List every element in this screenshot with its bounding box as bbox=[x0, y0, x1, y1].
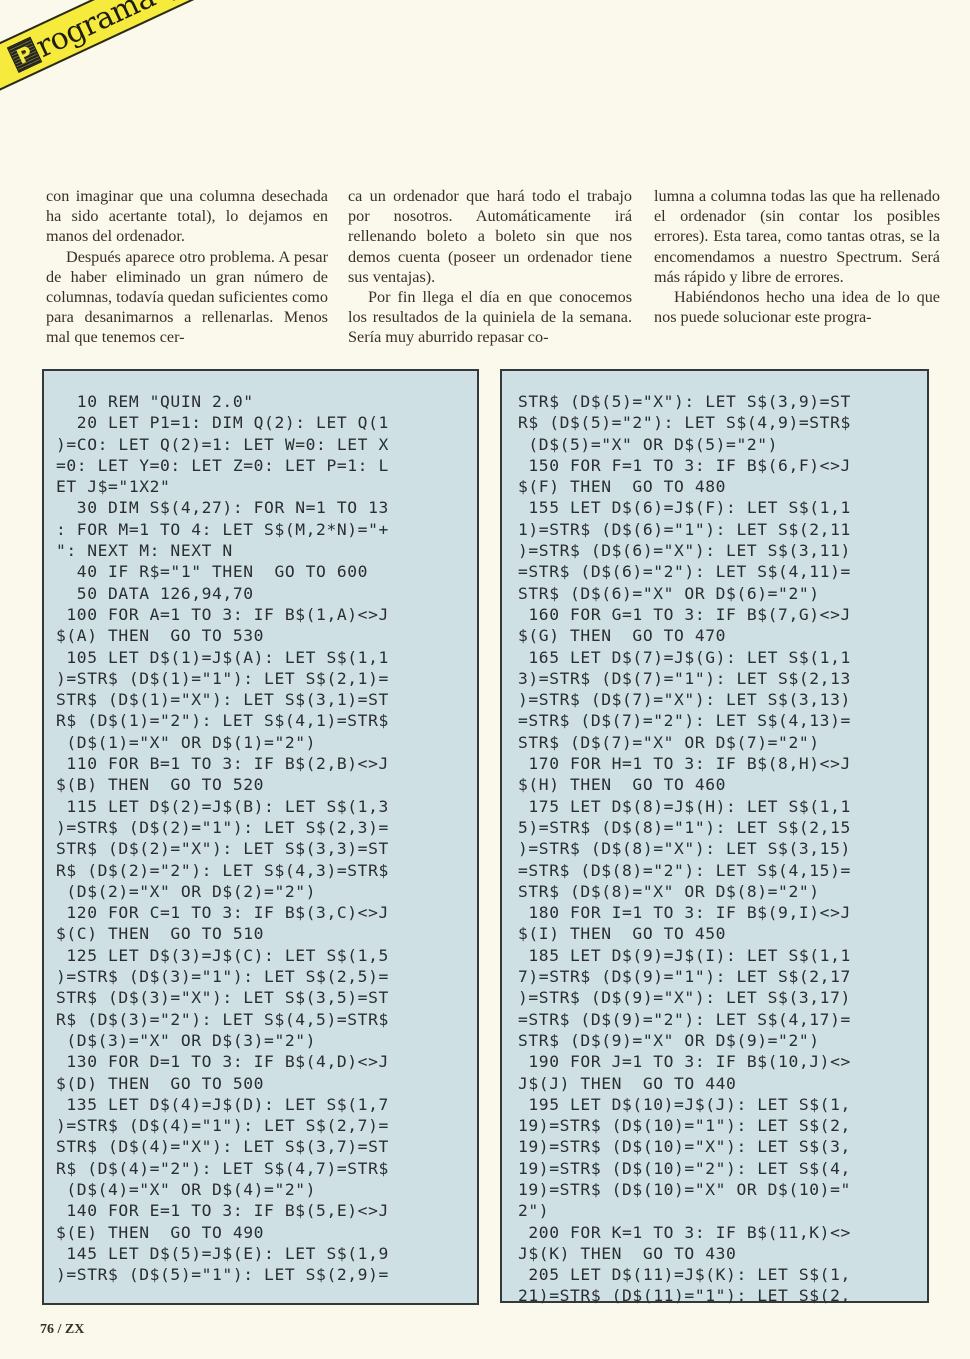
paragraph: lumna a columna todas las que ha rellena… bbox=[654, 186, 940, 287]
code-line: STR$ (D$(8)="X" OR D$(8)="2") bbox=[518, 881, 913, 902]
code-line: STR$ (D$(3)="X"): LET S$(3,5)=ST bbox=[56, 987, 463, 1008]
code-line: $(I) THEN GO TO 450 bbox=[518, 923, 913, 944]
code-line: 165 LET D$(7)=J$(G): LET S$(1,1 bbox=[518, 647, 913, 668]
code-line: (D$(4)="X" OR D$(4)="2") bbox=[56, 1179, 463, 1200]
code-line: (D$(3)="X" OR D$(3)="2") bbox=[56, 1030, 463, 1051]
code-line: STR$ (D$(1)="X"): LET S$(3,1)=ST bbox=[56, 689, 463, 710]
code-line: =0: LET Y=0: LET Z=0: LET P=1: L bbox=[56, 455, 463, 476]
code-line: STR$ (D$(6)="X" OR D$(6)="2") bbox=[518, 583, 913, 604]
code-line: 160 FOR G=1 TO 3: IF B$(7,G)<>J bbox=[518, 604, 913, 625]
code-line: J$(K) THEN GO TO 430 bbox=[518, 1243, 913, 1264]
code-line: 140 FOR E=1 TO 3: IF B$(5,E)<>J bbox=[56, 1200, 463, 1221]
code-line: $(E) THEN GO TO 490 bbox=[56, 1222, 463, 1243]
code-line: )=STR$ (D$(4)="1"): LET S$(2,7)= bbox=[56, 1115, 463, 1136]
code-line: 40 IF R$="1" THEN GO TO 600 bbox=[56, 561, 463, 582]
code-line: STR$ (D$(4)="X"): LET S$(3,7)=ST bbox=[56, 1136, 463, 1157]
code-line: 5)=STR$ (D$(8)="1"): LET S$(2,15 bbox=[518, 817, 913, 838]
article-column-2: ca un ordenador que hará todo el trabajo… bbox=[348, 186, 632, 348]
code-line: $(G) THEN GO TO 470 bbox=[518, 625, 913, 646]
code-line: 155 LET D$(6)=J$(F): LET S$(1,1 bbox=[518, 497, 913, 518]
code-line: 2") bbox=[518, 1200, 913, 1221]
code-line: 19)=STR$ (D$(10)="2"): LET S$(4, bbox=[518, 1158, 913, 1179]
code-line: )=STR$ (D$(6)="X"): LET S$(3,11) bbox=[518, 540, 913, 561]
code-line: 120 FOR C=1 TO 3: IF B$(3,C)<>J bbox=[56, 902, 463, 923]
code-line: ": NEXT M: NEXT N bbox=[56, 540, 463, 561]
code-line: R$ (D$(3)="2"): LET S$(4,5)=STR$ bbox=[56, 1009, 463, 1030]
code-line: =STR$ (D$(9)="2"): LET S$(4,17)= bbox=[518, 1009, 913, 1030]
code-line: )=STR$ (D$(7)="X"): LET S$(3,13) bbox=[518, 689, 913, 710]
code-line: 145 LET D$(5)=J$(E): LET S$(1,9 bbox=[56, 1243, 463, 1264]
code-line: $(C) THEN GO TO 510 bbox=[56, 923, 463, 944]
code-line: $(D) THEN GO TO 500 bbox=[56, 1073, 463, 1094]
code-line: R$ (D$(4)="2"): LET S$(4,7)=STR$ bbox=[56, 1158, 463, 1179]
article-column-3: lumna a columna todas las que ha rellena… bbox=[654, 186, 940, 327]
code-line: )=STR$ (D$(8)="X"): LET S$(3,15) bbox=[518, 838, 913, 859]
code-line: 30 DIM S$(4,27): FOR N=1 TO 13 bbox=[56, 497, 463, 518]
paragraph: con imaginar que una columna desechada h… bbox=[46, 186, 328, 247]
code-line: 115 LET D$(2)=J$(B): LET S$(1,3 bbox=[56, 796, 463, 817]
code-line: 125 LET D$(3)=J$(C): LET S$(1,5 bbox=[56, 945, 463, 966]
code-line: 185 LET D$(9)=J$(I): LET S$(1,1 bbox=[518, 945, 913, 966]
code-line: (D$(5)="X" OR D$(5)="2") bbox=[518, 434, 913, 455]
code-line: : FOR M=1 TO 4: LET S$(M,2*N)="+ bbox=[56, 519, 463, 540]
paragraph: Después aparece otro problema. A pesar d… bbox=[46, 247, 328, 348]
code-line: 7)=STR$ (D$(9)="1"): LET S$(2,17 bbox=[518, 966, 913, 987]
code-line: 205 LET D$(11)=J$(K): LET S$(1, bbox=[518, 1264, 913, 1285]
banner-word-programa: P rograma bbox=[5, 0, 160, 76]
code-line: 130 FOR D=1 TO 3: IF B$(4,D)<>J bbox=[56, 1051, 463, 1072]
code-line: 170 FOR H=1 TO 3: IF B$(8,H)<>J bbox=[518, 753, 913, 774]
code-line: 3)=STR$ (D$(7)="1"): LET S$(2,13 bbox=[518, 668, 913, 689]
article-column-1: con imaginar que una columna desechada h… bbox=[46, 186, 328, 348]
code-line: 20 LET P1=1: DIM Q(2): LET Q(1 bbox=[56, 412, 463, 433]
code-line: $(B) THEN GO TO 520 bbox=[56, 774, 463, 795]
code-line: 100 FOR A=1 TO 3: IF B$(1,A)<>J bbox=[56, 604, 463, 625]
code-line: STR$ (D$(9)="X" OR D$(9)="2") bbox=[518, 1030, 913, 1051]
paragraph: Habiéndonos hecho una idea de lo que nos… bbox=[654, 287, 940, 327]
code-line: R$ (D$(5)="2"): LET S$(4,9)=STR$ bbox=[518, 412, 913, 433]
section-banner: P rograma E special bbox=[0, 0, 430, 110]
paragraph: ca un ordenador que hará todo el trabajo… bbox=[348, 186, 632, 287]
page-number: 76 / ZX bbox=[40, 1322, 84, 1338]
code-line: STR$ (D$(2)="X"): LET S$(3,3)=ST bbox=[56, 838, 463, 859]
code-line: (D$(2)="X" OR D$(2)="2") bbox=[56, 881, 463, 902]
code-line: 195 LET D$(10)=J$(J): LET S$(1, bbox=[518, 1094, 913, 1115]
code-line: )=STR$ (D$(5)="1"): LET S$(2,9)= bbox=[56, 1264, 463, 1285]
code-line: )=STR$ (D$(1)="1"): LET S$(2,1)= bbox=[56, 668, 463, 689]
code-line: $(H) THEN GO TO 460 bbox=[518, 774, 913, 795]
code-line: 1)=STR$ (D$(6)="1"): LET S$(2,11 bbox=[518, 519, 913, 540]
code-line: =STR$ (D$(8)="2"): LET S$(4,15)= bbox=[518, 860, 913, 881]
code-line: 19)=STR$ (D$(10)="X" OR D$(10)=" bbox=[518, 1179, 913, 1200]
code-line: 180 FOR I=1 TO 3: IF B$(9,I)<>J bbox=[518, 902, 913, 923]
code-line: R$ (D$(1)="2"): LET S$(4,1)=STR$ bbox=[56, 710, 463, 731]
code-line: 190 FOR J=1 TO 3: IF B$(10,J)<> bbox=[518, 1051, 913, 1072]
code-line: )=STR$ (D$(2)="1"): LET S$(2,3)= bbox=[56, 817, 463, 838]
code-listing-right: STR$ (D$(5)="X"): LET S$(3,9)=STR$ (D$(5… bbox=[500, 369, 929, 1303]
code-line: 135 LET D$(4)=J$(D): LET S$(1,7 bbox=[56, 1094, 463, 1115]
code-line: 200 FOR K=1 TO 3: IF B$(11,K)<> bbox=[518, 1222, 913, 1243]
code-line: 19)=STR$ (D$(10)="1"): LET S$(2, bbox=[518, 1115, 913, 1136]
code-line: 19)=STR$ (D$(10)="X"): LET S$(3, bbox=[518, 1136, 913, 1157]
banner-initial: E bbox=[162, 0, 197, 1]
code-line: )=CO: LET Q(2)=1: LET W=0: LET X bbox=[56, 434, 463, 455]
code-line: 105 LET D$(1)=J$(A): LET S$(1,1 bbox=[56, 647, 463, 668]
code-line: ET J$="1X2" bbox=[56, 476, 463, 497]
banner-text: rograma bbox=[31, 0, 161, 64]
code-listing-left: 10 REM "QUIN 2.0" 20 LET P1=1: DIM Q(2):… bbox=[42, 369, 479, 1305]
code-line: 50 DATA 126,94,70 bbox=[56, 583, 463, 604]
code-line: )=STR$ (D$(9)="X"): LET S$(3,17) bbox=[518, 987, 913, 1008]
code-line: R$ (D$(2)="2"): LET S$(4,3)=STR$ bbox=[56, 860, 463, 881]
code-line: =STR$ (D$(6)="2"): LET S$(4,11)= bbox=[518, 561, 913, 582]
code-line: =STR$ (D$(7)="2"): LET S$(4,13)= bbox=[518, 710, 913, 731]
code-line: $(A) THEN GO TO 530 bbox=[56, 625, 463, 646]
code-line: 150 FOR F=1 TO 3: IF B$(6,F)<>J bbox=[518, 455, 913, 476]
code-line: STR$ (D$(5)="X"): LET S$(3,9)=ST bbox=[518, 391, 913, 412]
code-line: 110 FOR B=1 TO 3: IF B$(2,B)<>J bbox=[56, 753, 463, 774]
paragraph: Por fin llega el día en que conocemos lo… bbox=[348, 287, 632, 348]
code-line: )=STR$ (D$(3)="1"): LET S$(2,5)= bbox=[56, 966, 463, 987]
code-line: 175 LET D$(8)=J$(H): LET S$(1,1 bbox=[518, 796, 913, 817]
code-line: 10 REM "QUIN 2.0" bbox=[56, 391, 463, 412]
code-line: J$(J) THEN GO TO 440 bbox=[518, 1073, 913, 1094]
banner-word-especial: E special bbox=[160, 0, 293, 4]
code-line: 21)=STR$ (D$(11)="1"): LET S$(2, bbox=[518, 1285, 913, 1306]
code-line: (D$(1)="X" OR D$(1)="2") bbox=[56, 732, 463, 753]
code-line: $(F) THEN GO TO 480 bbox=[518, 476, 913, 497]
code-line: STR$ (D$(7)="X" OR D$(7)="2") bbox=[518, 732, 913, 753]
